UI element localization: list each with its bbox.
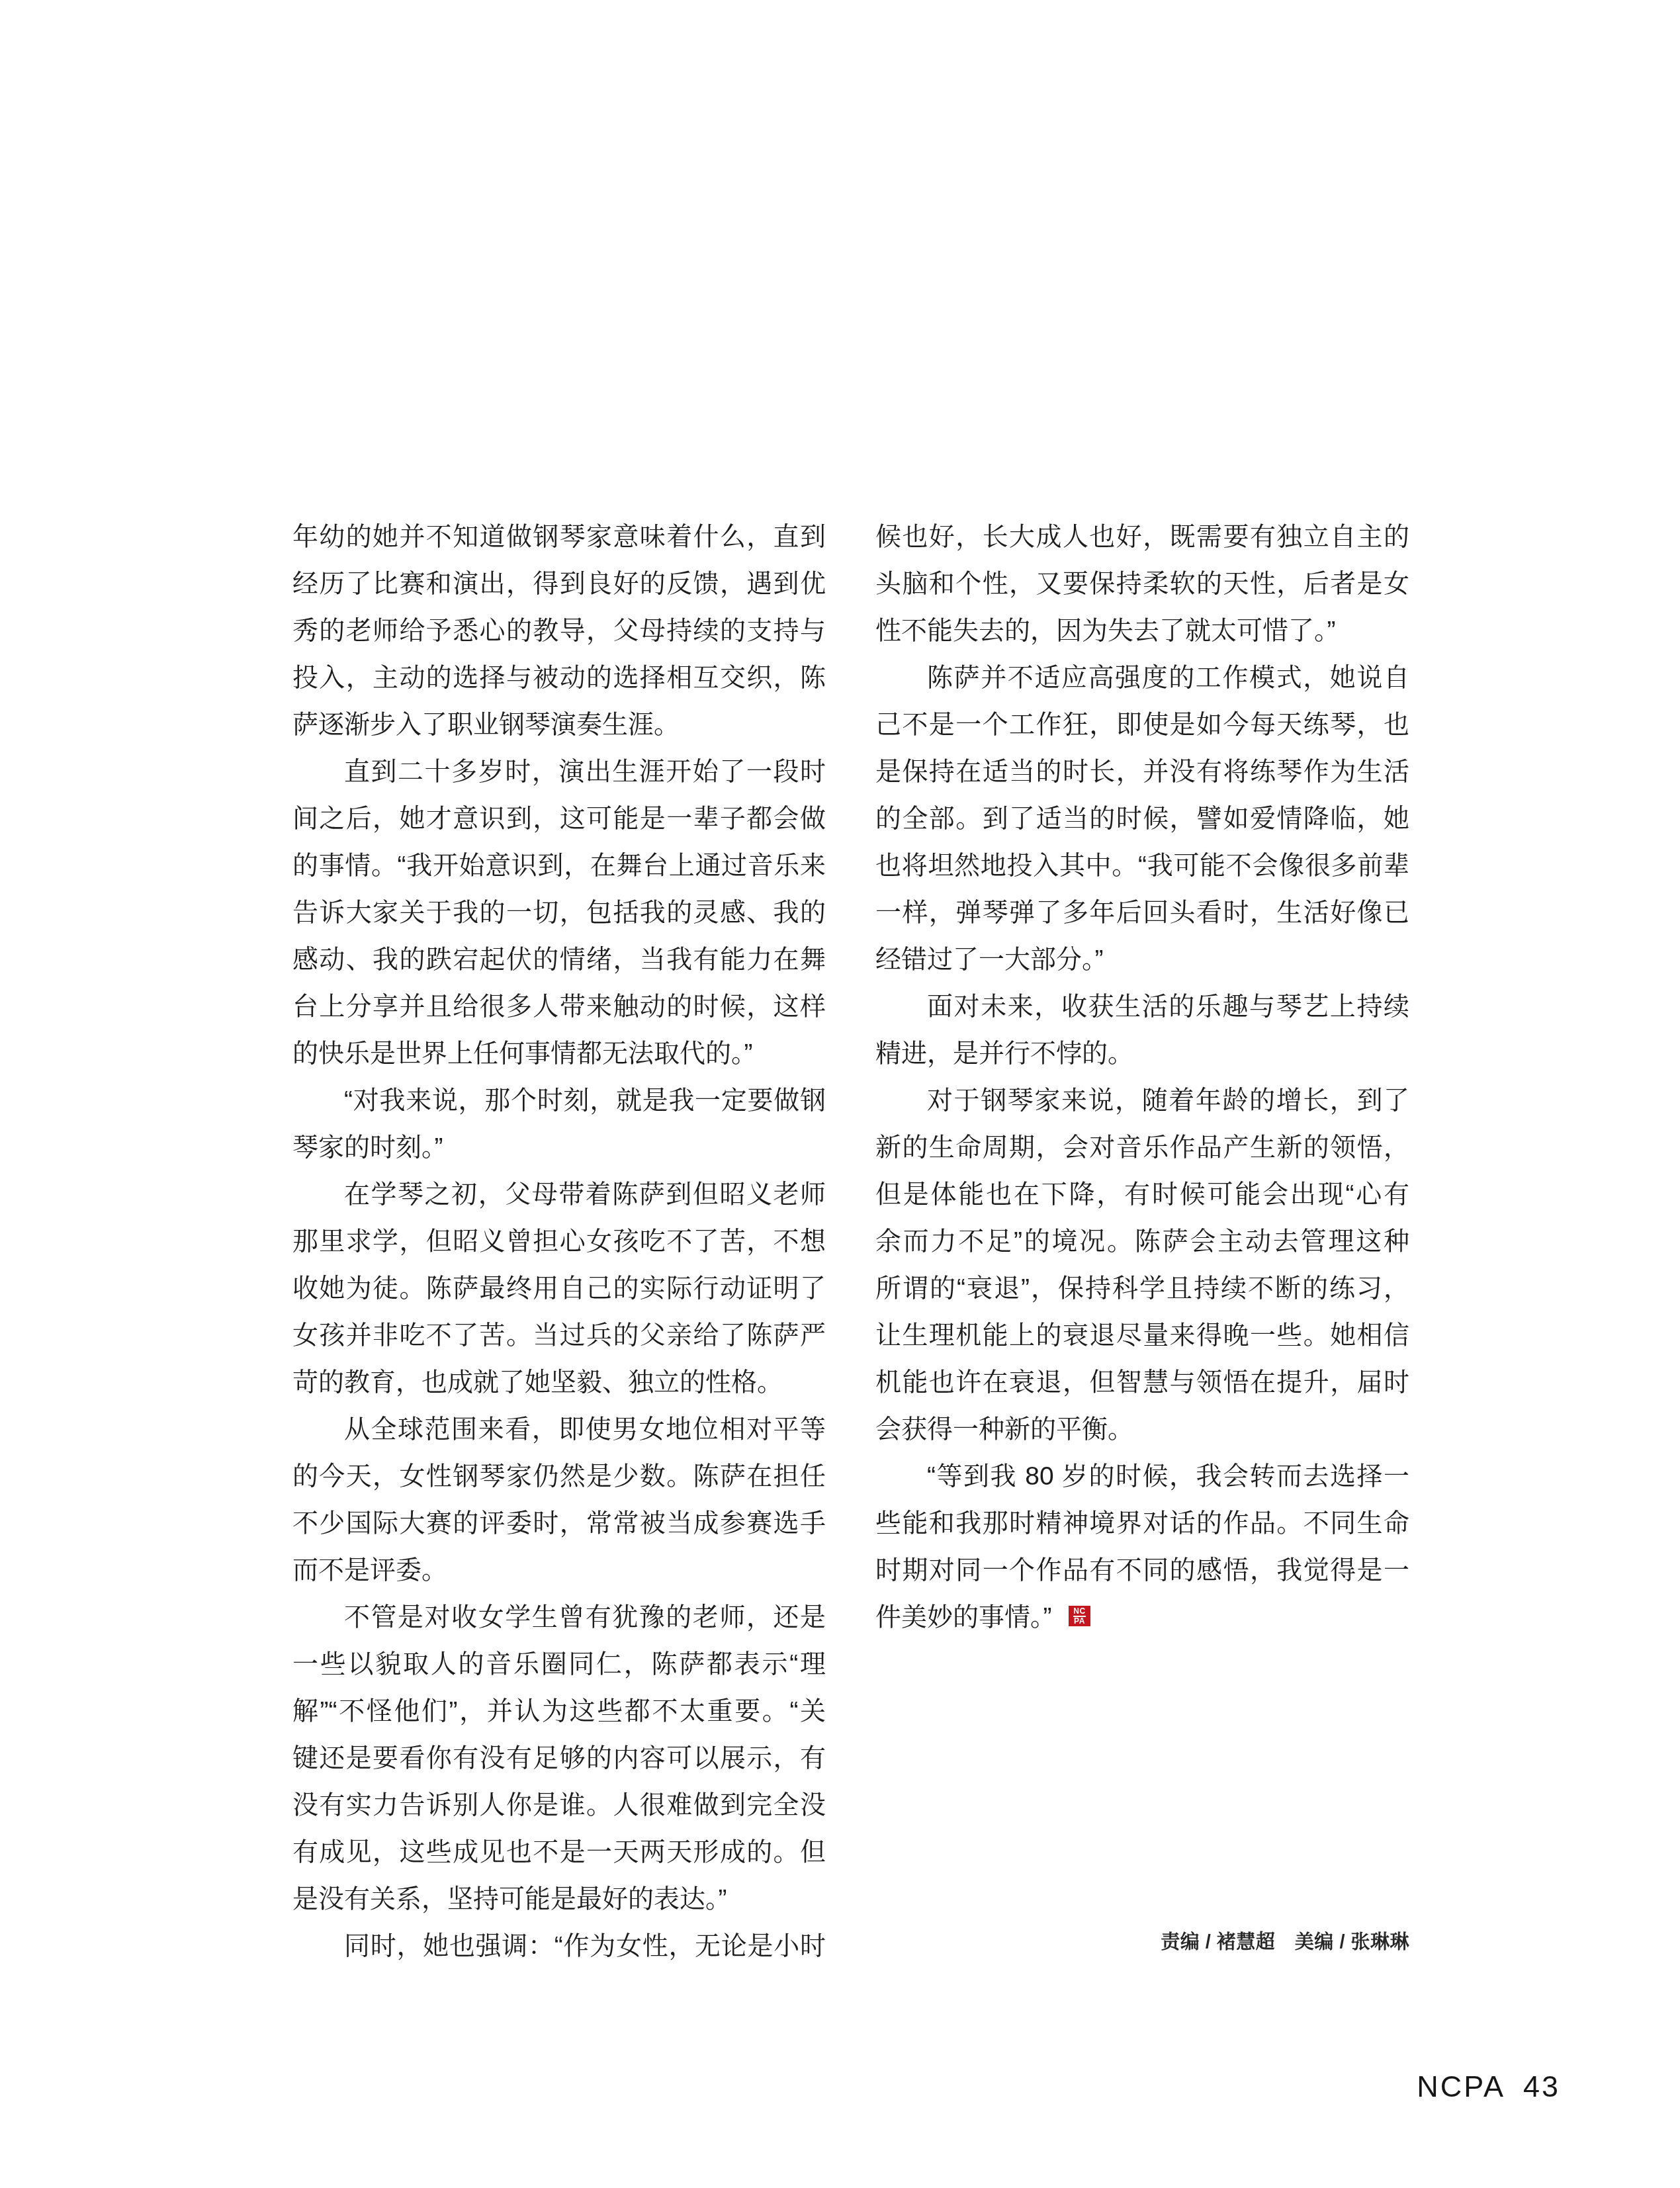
text-line: 会获得一种新的平衡。: [875, 1406, 1409, 1453]
text-line: 的今天，女性钢琴家仍然是少数。陈萨在担任: [292, 1453, 826, 1500]
article-column-left: 年幼的她并不知道做钢琴家意味着什么，直到经历了比赛和演出，得到良好的反馈，遇到优…: [292, 513, 826, 1970]
text-line: 的全部。到了适当的时候，譬如爱情降临，她: [875, 795, 1409, 842]
text-line: 间之后，她才意识到，这可能是一辈子都会做: [292, 795, 826, 842]
text-line: 年幼的她并不知道做钢琴家意味着什么，直到: [292, 513, 826, 560]
text-line: 台上分享并且给很多人带来触动的时候，这样: [292, 983, 826, 1030]
article-column-right: 候也好，长大成人也好，既需要有独立自主的头脑和个性，又要保持柔软的天性，后者是女…: [875, 513, 1409, 1641]
text-line: 己不是一个工作狂，即使是如今每天练琴，也: [875, 701, 1409, 748]
text-line: 收她为徒。陈萨最终用自己的实际行动证明了: [292, 1265, 826, 1312]
text-line: 精进，是并行不悖的。: [875, 1030, 1409, 1077]
text-line: 机能也许在衰退，但智慧与领悟在提升，届时: [875, 1359, 1409, 1406]
magazine-page: 年幼的她并不知道做钢琴家意味着什么，直到经历了比赛和演出，得到良好的反馈，遇到优…: [0, 0, 1680, 2188]
text-line: 秀的老师给予悉心的教导，父母持续的支持与: [292, 607, 826, 654]
text-line: 陈萨并不适应高强度的工作模式，她说自: [875, 654, 1409, 701]
text-line: 的事情。“我开始意识到，在舞台上通过音乐来: [292, 842, 826, 889]
page-number: NCPA 43: [1417, 2070, 1560, 2104]
text-line: 不少国际大赛的评委时，常常被当成参赛选手: [292, 1500, 826, 1547]
text-line: 告诉大家关于我的一切，包括我的灵感、我的: [292, 889, 826, 936]
text-line: 从全球范围来看，即使男女地位相对平等: [292, 1406, 826, 1453]
ncpa-stamp-line2: PA: [1074, 1617, 1085, 1626]
text-line: 是没有关系，坚持可能是最好的表达。”: [292, 1876, 826, 1923]
text-line: 也将坦然地投入其中。“我可能不会像很多前辈: [875, 842, 1409, 889]
text-line: 解”“不怪他们”，并认为这些都不太重要。“关: [292, 1688, 826, 1735]
text-line: 直到二十多岁时，演出生涯开始了一段时: [292, 748, 826, 795]
text-line: 但是体能也在下降，有时候可能会出现“心有: [875, 1171, 1409, 1218]
text-line: 让生理机能上的衰退尽量来得晚一些。她相信: [875, 1312, 1409, 1359]
text-line: 候也好，长大成人也好，既需要有独立自主的: [875, 513, 1409, 560]
text-line: 投入，主动的选择与被动的选择相互交织，陈: [292, 654, 826, 701]
text-line: 苛的教育，也成就了她坚毅、独立的性格。: [292, 1359, 826, 1406]
text-line: 萨逐渐步入了职业钢琴演奏生涯。: [292, 701, 826, 748]
text-line: 的快乐是世界上任何事情都无法取代的。”: [292, 1030, 826, 1077]
ncpa-stamp-line1: NC: [1073, 1607, 1085, 1617]
text-line: 时期对同一个作品有不同的感悟，我觉得是一: [875, 1547, 1409, 1594]
text-line: 那里求学，但昭义曾担心女孩吃不了苦，不想: [292, 1218, 826, 1265]
text-line: 经历了比赛和演出，得到良好的反馈，遇到优: [292, 560, 826, 607]
text-line: 些能和我那时精神境界对话的作品。不同生命: [875, 1500, 1409, 1547]
text-line: 一些以貌取人的音乐圈同仁，陈萨都表示“理: [292, 1641, 826, 1688]
text-line: 有成见，这些成见也不是一天两天形成的。但: [292, 1829, 826, 1876]
ncpa-stamp-logo: NC PA: [1069, 1606, 1090, 1626]
text-line: 对于钢琴家来说，随着年龄的增长，到了: [875, 1077, 1409, 1124]
text-line: 没有实力告诉别人你是谁。人很难做到完全没: [292, 1782, 826, 1829]
text-line: 经错过了一大部分。”: [875, 936, 1409, 983]
text-line: 同时，她也强调：“作为女性，无论是小时: [292, 1923, 826, 1970]
text-line: 不管是对收女学生曾有犹豫的老师，还是: [292, 1594, 826, 1641]
text-line: 件美妙的事情。”: [875, 1594, 1409, 1641]
text-line: 头脑和个性，又要保持柔软的天性，后者是女: [875, 560, 1409, 607]
text-line: 所谓的“衰退”，保持科学且持续不断的练习，: [875, 1265, 1409, 1312]
text-line: 余而力不足”的境况。陈萨会主动去管理这种: [875, 1218, 1409, 1265]
text-line: “等到我 80 岁的时候，我会转而去选择一: [875, 1453, 1409, 1500]
text-line: 新的生命周期，会对音乐作品产生新的领悟，: [875, 1124, 1409, 1171]
text-line: 琴家的时刻。”: [292, 1124, 826, 1171]
text-line: 在学琴之初，父母带着陈萨到但昭义老师: [292, 1171, 826, 1218]
text-line: 性不能失去的，因为失去了就太可惜了。”: [875, 607, 1409, 654]
text-line: 面对未来，收获生活的乐趣与琴艺上持续: [875, 983, 1409, 1030]
text-line: 女孩并非吃不了苦。当过兵的父亲给了陈萨严: [292, 1312, 826, 1359]
text-line: “对我来说，那个时刻，就是我一定要做钢: [292, 1077, 826, 1124]
editor-credits: 责编 / 褚慧超 美编 / 张琳琳: [1161, 1927, 1409, 1954]
text-line: 是保持在适当的时长，并没有将练琴作为生活: [875, 748, 1409, 795]
text-line: 一样，弹琴弹了多年后回头看时，生活好像已: [875, 889, 1409, 936]
text-line: 而不是评委。: [292, 1547, 826, 1594]
text-line: 感动、我的跌宕起伏的情绪，当我有能力在舞: [292, 936, 826, 983]
text-line: 键还是要看你有没有足够的内容可以展示，有: [292, 1735, 826, 1782]
